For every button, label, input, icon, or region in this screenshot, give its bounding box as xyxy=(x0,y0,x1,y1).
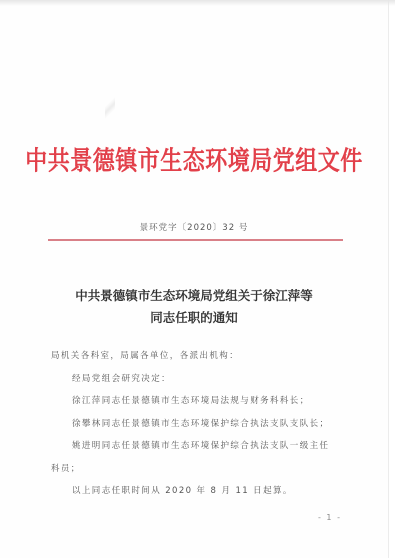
notice-title-line-2: 同志任职的通知 xyxy=(0,307,388,329)
notice-title: 中共景德镇市生态环境局党组关于徐江萍等 同志任职的通知 xyxy=(0,285,388,329)
body-paragraph-decision: 经局党组会研究决定： xyxy=(51,368,336,391)
document-number: 景环党字〔2020〕32 号 xyxy=(0,221,388,233)
salutation: 局机关各科室，局属各单位，各派出机构： xyxy=(51,345,336,368)
red-letterhead-title: 中共景德镇市生态环境局党组文件 xyxy=(0,143,388,179)
page-number: - 1 - xyxy=(318,513,341,522)
document-body: 局机关各科室，局属各单位，各派出机构： 经局党组会研究决定： 徐江萍同志任景德镇… xyxy=(51,345,336,503)
body-paragraph-effective-date: 以上同志任职时间从 2020 年 8 月 11 日起算。 xyxy=(51,480,336,503)
body-paragraph-appointment-3: 姚进明同志任景德镇市生态环境保护综合执法支队一级主任科员； xyxy=(51,435,336,480)
body-paragraph-appointment-1: 徐江萍同志任景德镇市生态环境局法规与财务科科长； xyxy=(51,390,336,413)
body-paragraph-appointment-2: 徐攀林同志任景德镇市生态环境保护综合执法支队支队长； xyxy=(51,413,336,436)
top-edge-shadow xyxy=(0,0,395,6)
scan-fold-mark xyxy=(105,97,115,119)
notice-title-line-1: 中共景德镇市生态环境局党组关于徐江萍等 xyxy=(0,285,388,307)
document-page: 中共景德镇市生态环境局党组文件 景环党字〔2020〕32 号 中共景德镇市生态环… xyxy=(0,0,389,558)
red-divider-rule xyxy=(48,239,343,241)
